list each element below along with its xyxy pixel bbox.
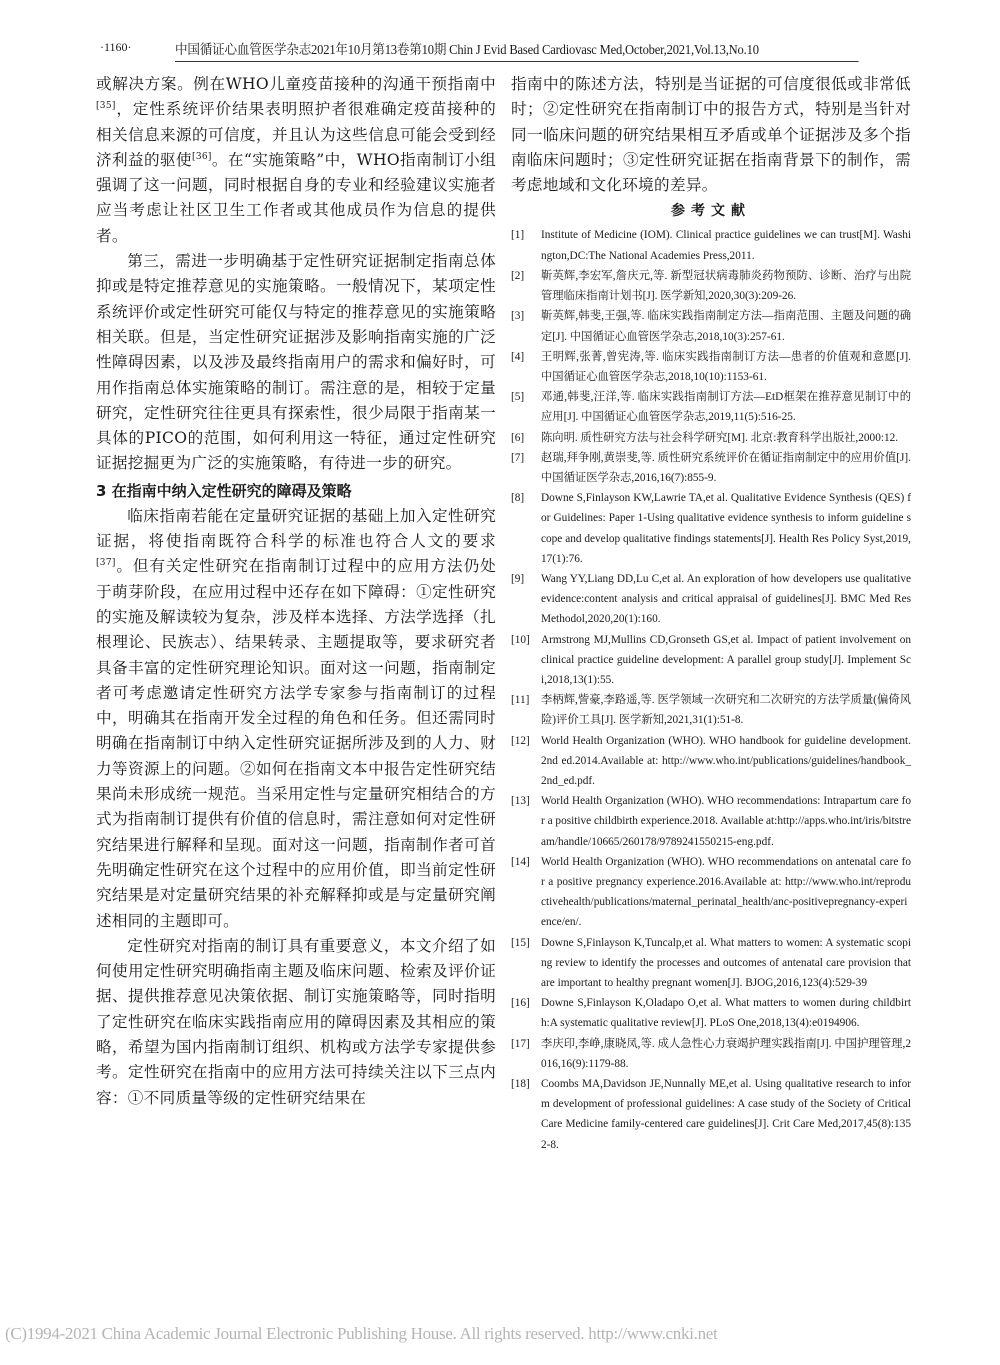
reference-text: World Health Organization (WHO). WHO han… — [541, 731, 911, 792]
reference-text: World Health Organization (WHO). WHO rec… — [541, 791, 911, 852]
reference-item: [13]World Health Organization (WHO). WHO… — [511, 791, 911, 852]
reference-number: [16] — [511, 993, 541, 1033]
running-header: ·1160· 中国循证心血管医学杂志2021年10月第13卷第10期 Chin … — [100, 38, 910, 60]
reference-text: Downe S,Finlayson K,Oladapo O,et al. Wha… — [541, 993, 911, 1033]
reference-text: Wang YY,Liang DD,Lu C,et al. An explorat… — [541, 569, 911, 630]
reference-text: World Health Organization (WHO). WHO rec… — [541, 852, 911, 933]
reference-item: [8]Downe S,Finlayson KW,Lawrie TA,et al.… — [511, 488, 911, 569]
reference-number: [7] — [511, 448, 541, 488]
right-column: 指南中的陈述方法，特别是当证据的可信度很低或非常低时；②定性研究在指南制订中的报… — [511, 72, 911, 1155]
paragraph-barriers: 临床指南若能在定量研究证据的基础上加入定性研究证据，将使指南既符合科学的标准也符… — [96, 504, 496, 934]
reference-text: 李庆印,李峥,康晓凤,等. 成人急性心力衰竭护理实践指南[J]. 中国护理管理,… — [541, 1034, 911, 1074]
page-number: ·1160· — [100, 40, 132, 55]
reference-item: [9]Wang YY,Liang DD,Lu C,et al. An explo… — [511, 569, 911, 630]
reference-number: [8] — [511, 488, 541, 569]
reference-item: [12]World Health Organization (WHO). WHO… — [511, 731, 911, 792]
paragraph-conclusion: 定性研究对指南的制订具有重要意义，本文介绍了如何使用定性研究明确指南主题及临床问… — [96, 934, 496, 1111]
reference-item: [18]Coombs MA,Davidson JE,Nunnally ME,et… — [511, 1074, 911, 1155]
reference-text: Coombs MA,Davidson JE,Nunnally ME,et al.… — [541, 1074, 911, 1155]
journal-citation-line: 中国循证心血管医学杂志2021年10月第13卷第10期 Chin J Evid … — [175, 38, 859, 62]
reference-text: Downe S,Finlayson K,Tuncalp,et al. What … — [541, 933, 911, 994]
reference-number: [15] — [511, 933, 541, 994]
reference-number: [13] — [511, 791, 541, 852]
reference-number: [6] — [511, 428, 541, 448]
reference-number: [10] — [511, 630, 541, 691]
reference-item: [1]Institute of Medicine (IOM). Clinical… — [511, 225, 911, 265]
reference-number: [1] — [511, 225, 541, 265]
reference-number: [2] — [511, 266, 541, 306]
reference-item: [7]赵瑞,拜争刚,黄崇斐,等. 质性研究系统评价在循证指南制定中的应用价值[J… — [511, 448, 911, 488]
references-title: 参考文献 — [511, 200, 911, 220]
reference-text: Downe S,Finlayson KW,Lawrie TA,et al. Qu… — [541, 488, 911, 569]
section-heading-3: 3 在指南中纳入定性研究的障碍及策略 — [96, 479, 496, 504]
reference-number: [17] — [511, 1034, 541, 1074]
reference-text: 邓通,韩斐,汪洋,等. 临床实践指南制订方法—EtD框架在推荐意见制订中的应用[… — [541, 387, 911, 427]
reference-item: [6]陈向明. 质性研究方法与社会科学研究[M]. 北京:教育科学出版社,200… — [511, 428, 911, 448]
citation-35[interactable]: [35] — [96, 101, 116, 111]
reference-item: [2]靳英辉,李宏军,詹庆元,等. 新型冠状病毒肺炎药物预防、诊断、治疗与出院管… — [511, 266, 911, 306]
reference-item: [15]Downe S,Finlayson K,Tuncalp,et al. W… — [511, 933, 911, 994]
reference-list: [1]Institute of Medicine (IOM). Clinical… — [511, 225, 911, 1154]
reference-item: [3]靳英辉,韩斐,王强,等. 临床实践指南制定方法—指南范围、主题及问题的确定… — [511, 306, 911, 346]
reference-text: 陈向明. 质性研究方法与社会科学研究[M]. 北京:教育科学出版社,2000:1… — [541, 428, 911, 448]
reference-number: [4] — [511, 347, 541, 387]
paragraph-conclusion-cont: 指南中的陈述方法，特别是当证据的可信度很低或非常低时；②定性研究在指南制订中的报… — [511, 72, 911, 198]
text: 临床指南若能在定量研究证据的基础上加入定性研究证据，将使指南既符合科学的标准也符… — [96, 507, 496, 550]
copyright-footer: (C)1994-2021 China Academic Journal Elec… — [5, 1324, 995, 1344]
text: 。但有关定性研究在指南制订过程中的应用方法仍处于萌芽阶段，在应用过程中还存在如下… — [96, 557, 496, 929]
reference-text: 王明辉,张菁,曾宪涛,等. 临床实践指南制订方法—患者的价值观和意愿[J]. 中… — [541, 347, 911, 387]
reference-number: [18] — [511, 1074, 541, 1155]
reference-item: [4]王明辉,张菁,曾宪涛,等. 临床实践指南制订方法—患者的价值观和意愿[J]… — [511, 347, 911, 387]
text: 或解决方案。例在WHO儿童疫苗接种的沟通干预指南中 — [96, 75, 496, 93]
reference-number: [3] — [511, 306, 541, 346]
reference-number: [11] — [511, 690, 541, 730]
reference-item: [14]World Health Organization (WHO). WHO… — [511, 852, 911, 933]
reference-item: [5]邓通,韩斐,汪洋,等. 临床实践指南制订方法—EtD框架在推荐意见制订中的… — [511, 387, 911, 427]
reference-text: Armstrong MJ,Mullins CD,Gronseth GS,et a… — [541, 630, 911, 691]
reference-item: [17]李庆印,李峥,康晓凤,等. 成人急性心力衰竭护理实践指南[J]. 中国护… — [511, 1034, 911, 1074]
paragraph-third-point: 第三，需进一步明确基于定性研究证据制定指南总体抑或是特定推荐意见的实施策略。一般… — [96, 249, 496, 477]
left-column: 或解决方案。例在WHO儿童疫苗接种的沟通干预指南中[35]，定性系统评价结果表明… — [96, 72, 496, 1111]
reference-number: [12] — [511, 731, 541, 792]
citation-37[interactable]: [37] — [96, 558, 116, 568]
reference-item: [16]Downe S,Finlayson K,Oladapo O,et al.… — [511, 993, 911, 1033]
reference-number: [5] — [511, 387, 541, 427]
reference-number: [14] — [511, 852, 541, 933]
reference-text: 靳英辉,韩斐,王强,等. 临床实践指南制定方法—指南范围、主题及问题的确定[J]… — [541, 306, 911, 346]
reference-text: 李柄辉,訾豪,李路遥,等. 医学领域一次研究和二次研究的方法学质量(偏倚风险)评… — [541, 690, 911, 730]
reference-text: 靳英辉,李宏军,詹庆元,等. 新型冠状病毒肺炎药物预防、诊断、治疗与出院管理临床… — [541, 266, 911, 306]
reference-number: [9] — [511, 569, 541, 630]
reference-text: 赵瑞,拜争刚,黄崇斐,等. 质性研究系统评价在循证指南制定中的应用价值[J]. … — [541, 448, 911, 488]
reference-text: Institute of Medicine (IOM). Clinical pr… — [541, 225, 911, 265]
citation-36[interactable]: [36] — [192, 152, 212, 162]
paragraph-who-example: 或解决方案。例在WHO儿童疫苗接种的沟通干预指南中[35]，定性系统评价结果表明… — [96, 72, 496, 249]
reference-item: [10]Armstrong MJ,Mullins CD,Gronseth GS,… — [511, 630, 911, 691]
reference-item: [11]李柄辉,訾豪,李路遥,等. 医学领域一次研究和二次研究的方法学质量(偏倚… — [511, 690, 911, 730]
